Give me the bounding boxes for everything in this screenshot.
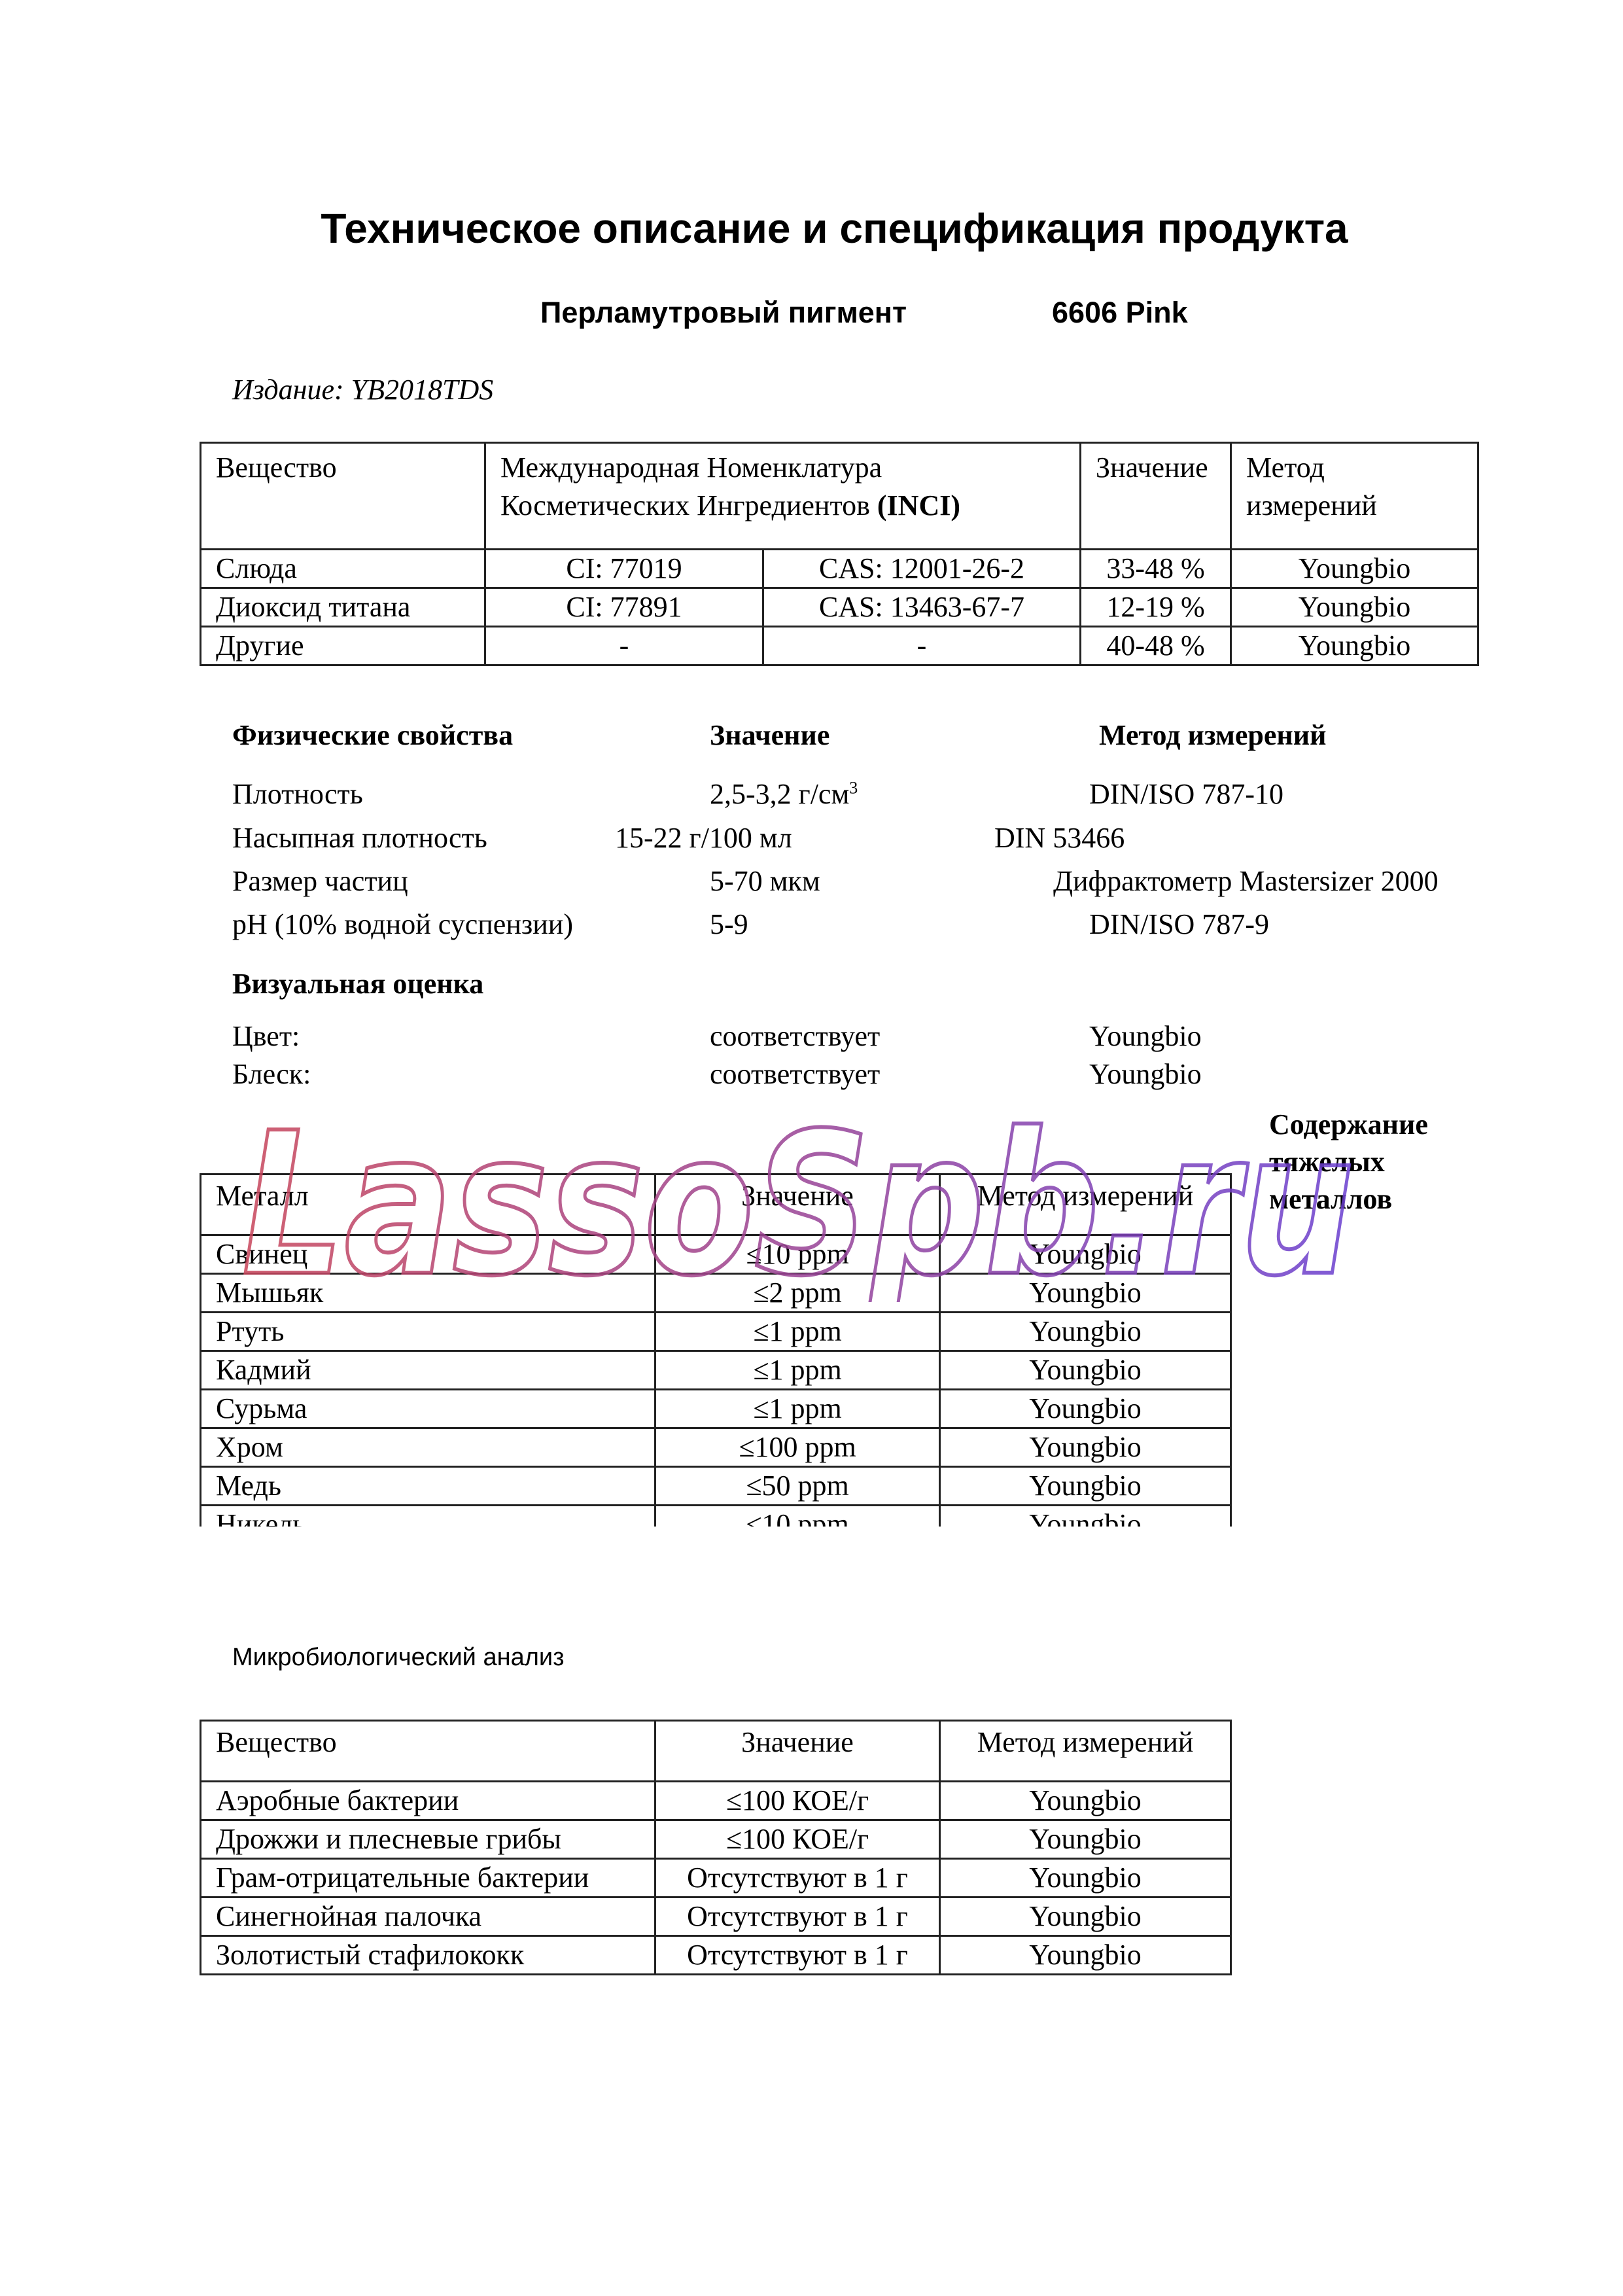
cell-method: Youngbio [940,1235,1231,1274]
physical-property: Размер частиц [232,864,408,898]
physical-method: DIN/ISO 787-9 [1089,908,1269,941]
header-substance: Вещество [201,1721,655,1782]
visual-method: Youngbio [1089,1057,1202,1091]
cell-metal: Никель [201,1506,655,1527]
cell-value: ≤1 ppm [655,1351,940,1390]
table-row: Сурьма≤1 ppmYoungbio [201,1390,1231,1428]
visual-property: Цвет: [232,1019,300,1053]
physical-value: 2,5-3,2 г/см3 [710,777,858,811]
product-type: Перламутровый пигмент [540,296,907,330]
header-method: Метод измерений [940,1174,1231,1235]
cell-substance: Диоксид титана [201,588,485,627]
header-value: Значение [655,1174,940,1235]
header-method: Метод измерений [940,1721,1231,1782]
cell-method: Youngbio [940,1313,1231,1351]
cell-substance: Синегнойная палочка [201,1898,655,1936]
cell-method: Youngbio [940,1428,1231,1467]
physical-value-text: 2,5-3,2 г/см [710,778,849,810]
cell-value: Отсутствуют в 1 г [655,1859,940,1898]
cell-ci: CI: 77891 [485,588,763,627]
cell-metal: Хром [201,1428,655,1467]
cell-value: ≤100 КОЕ/г [655,1782,940,1820]
cell-ci: - [485,627,763,665]
cell-value: ≤10 ppm [655,1235,940,1274]
cell-cas: CAS: 12001-26-2 [763,550,1081,588]
table-row: Ртуть≤1 ppmYoungbio [201,1313,1231,1351]
table-row: Слюда CI: 77019 CAS: 12001-26-2 33-48 % … [201,550,1478,588]
microbio-header-row: Вещество Значение Метод измерений [201,1721,1231,1782]
cell-substance: Аэробные бактерии [201,1782,655,1820]
cell-method: Youngbio [940,1936,1231,1975]
physical-method: DIN/ISO 787-10 [1089,777,1283,811]
table-row: Медь≤50 ppmYoungbio [201,1467,1231,1506]
cell-metal: Медь [201,1467,655,1506]
visual-value: соответствует [710,1019,880,1053]
header-value: Значение [1081,443,1231,550]
cell-method: Youngbio [940,1820,1231,1859]
cell-method: Youngbio [1231,550,1478,588]
metals-header-row: Металл Значение Метод измерений [201,1174,1231,1235]
cell-metal: Сурьма [201,1390,655,1428]
cell-value: Отсутствуют в 1 г [655,1936,940,1975]
table-row: Золотистый стафилококкОтсутствуют в 1 гY… [201,1936,1231,1975]
physical-header-method: Метод измерений [1099,718,1326,752]
visual-method: Youngbio [1089,1019,1202,1053]
metals-table: Металл Значение Метод измерений Свинец≤1… [200,1173,1232,1527]
table-row: Синегнойная палочкаОтсутствуют в 1 гYoun… [201,1898,1231,1936]
microbio-label: Микробиологический анализ [232,1644,565,1672]
header-method-line2: измерений [1246,489,1377,521]
header-value: Значение [655,1721,940,1782]
cell-method: Youngbio [1231,627,1478,665]
metals-table-clip: Металл Значение Метод измерений Свинец≤1… [200,1173,1233,1527]
cell-value: ≤2 ppm [655,1274,940,1313]
metals-side-label-line2: тяжелых [1269,1143,1439,1180]
cell-metal: Мышьяк [201,1274,655,1313]
cell-value: 40-48 % [1081,627,1231,665]
cell-value: 33-48 % [1081,550,1231,588]
physical-method: DIN 53466 [994,821,1125,855]
physical-header-property: Физические свойства [232,718,513,752]
table-row: Грам-отрицательные бактерииОтсутствуют в… [201,1859,1231,1898]
cell-metal: Свинец [201,1235,655,1274]
cell-method: Youngbio [940,1274,1231,1313]
physical-value: 5-9 [710,908,748,941]
physical-value: 5-70 мкм [710,864,820,898]
cell-value: Отсутствуют в 1 г [655,1898,940,1936]
table-row: Диоксид титана CI: 77891 CAS: 13463-67-7… [201,588,1478,627]
cell-value: ≤100 ppm [655,1428,940,1467]
cell-substance: Слюда [201,550,485,588]
cell-value: 12-19 % [1081,588,1231,627]
cell-ci: CI: 77019 [485,550,763,588]
product-name: 6606 Pink [1052,296,1188,330]
physical-header-value: Значение [710,718,829,752]
cell-substance: Золотистый стафилококк [201,1936,655,1975]
table-row: Кадмий≤1 ppmYoungbio [201,1351,1231,1390]
cell-method: Youngbio [940,1506,1231,1527]
header-method-line1: Метод [1246,451,1325,484]
cell-metal: Ртуть [201,1313,655,1351]
visual-heading: Визуальная оценка [232,967,483,1000]
microbio-table: Вещество Значение Метод измерений Аэробн… [200,1720,1232,1975]
document-title: Техническое описание и спецификация прод… [0,204,1623,253]
header-inci-line2: Косметических Ингредиентов [500,489,877,521]
physical-property: Насыпная плотность [232,821,487,855]
metals-side-label: Содержание тяжелых металлов [1269,1106,1439,1218]
cell-method: Youngbio [940,1782,1231,1820]
cell-cas: - [763,627,1081,665]
table-row: Мышьяк≤2 ppmYoungbio [201,1274,1231,1313]
cell-value: ≤1 ppm [655,1313,940,1351]
physical-property: pH (10% водной суспензии) [232,908,573,941]
physical-value: 15-22 г/100 мл [615,821,792,855]
cell-method: Youngbio [1231,588,1478,627]
header-inci: Международная Номенклатура Косметических… [485,443,1081,550]
header-method: Метод измерений [1231,443,1478,550]
visual-value: соответствует [710,1057,880,1091]
cell-method: Youngbio [940,1898,1231,1936]
header-inci-line1: Международная Номенклатура [500,451,882,484]
metals-side-label-line3: металлов [1269,1180,1439,1218]
cell-value: ≤100 КОЕ/г [655,1820,940,1859]
table-row: Никель≤10 ppmYoungbio [201,1506,1231,1527]
edition-label: Издание: YB2018TDS [232,373,493,406]
table-row: Дрожжи и плесневые грибы≤100 КОЕ/гYoungb… [201,1820,1231,1859]
physical-method: Дифрактометр Mastersizer 2000 [1053,864,1439,898]
cell-method: Youngbio [940,1467,1231,1506]
table-row: Свинец≤10 ppmYoungbio [201,1235,1231,1274]
cell-value: ≤1 ppm [655,1390,940,1428]
cell-cas: CAS: 13463-67-7 [763,588,1081,627]
table-row: Другие - - 40-48 % Youngbio [201,627,1478,665]
physical-value-sup: 3 [849,778,858,797]
cell-method: Youngbio [940,1859,1231,1898]
cell-method: Youngbio [940,1351,1231,1390]
table-row: Аэробные бактерии≤100 КОЕ/гYoungbio [201,1782,1231,1820]
cell-value: ≤50 ppm [655,1467,940,1506]
cell-method: Youngbio [940,1390,1231,1428]
cell-value: ≤10 ppm [655,1506,940,1527]
table-row: Хром≤100 ppmYoungbio [201,1428,1231,1467]
cell-metal: Кадмий [201,1351,655,1390]
physical-property: Плотность [232,777,363,811]
cell-substance: Дрожжи и плесневые грибы [201,1820,655,1859]
header-metal: Металл [201,1174,655,1235]
cell-substance: Другие [201,627,485,665]
visual-property: Блеск: [232,1057,311,1091]
cell-substance: Грам-отрицательные бактерии [201,1859,655,1898]
metals-side-label-line1: Содержание [1269,1106,1439,1143]
composition-header-row: Вещество Международная Номенклатура Косм… [201,443,1478,550]
header-substance: Вещество [201,443,485,550]
header-inci-abbrev: (INCI) [877,489,960,521]
composition-table: Вещество Международная Номенклатура Косм… [200,442,1479,666]
